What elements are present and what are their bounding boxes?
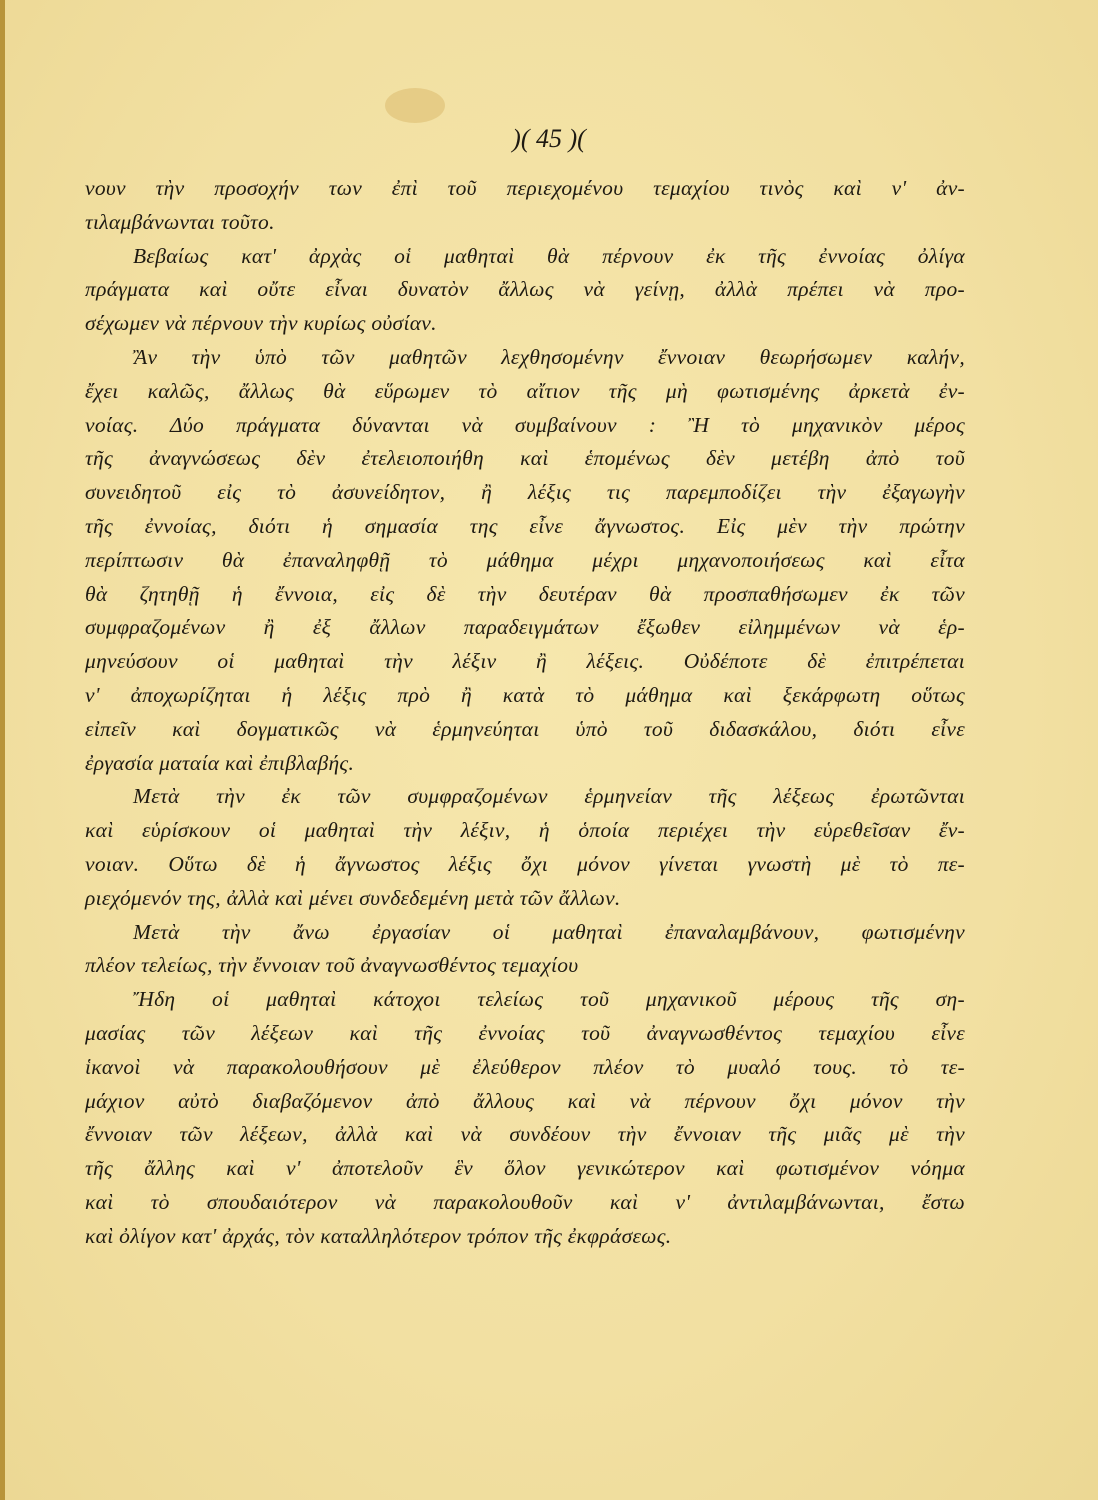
page-number: )( 45 )(	[0, 124, 1098, 154]
text-line: πράγματα καὶ οὔτε εἶναι δυνατὸν ἄλλως νὰ…	[85, 273, 965, 307]
text-line: ἔχει καλῶς, ἄλλως θὰ εὕρωμεν τὸ αἴτιον τ…	[85, 375, 965, 409]
text-line: Ἤδη οἱ μαθηταὶ κάτοχοι τελείως τοῦ μηχαν…	[85, 983, 965, 1017]
text-line: περίπτωσιν θὰ ἐπαναληφθῇ τὸ μάθημα μέχρι…	[85, 544, 965, 578]
text-line: Ἂν τὴν ὑπὸ τῶν μαθητῶν λεχθησομένην ἔννο…	[85, 341, 965, 375]
text-line: μασίας τῶν λέξεων καὶ τῆς ἐννοίας τοῦ ἀν…	[85, 1017, 965, 1051]
text-line: ἱκανοὶ νὰ παρακολουθήσουν μὲ ἐλεύθερον π…	[85, 1051, 965, 1085]
page-edge	[0, 0, 5, 1500]
text-line: Μετὰ τὴν ἐκ τῶν συμφραζομένων ἑρμηνείαν …	[85, 780, 965, 814]
text-line: μηνεύσουν οἱ μαθηταὶ τὴν λέξιν ἢ λέξεις.…	[85, 645, 965, 679]
text-line: εἰπεῖν καὶ δογματικῶς νὰ ἑρμηνεύηται ὑπὸ…	[85, 713, 965, 747]
text-line: τῆς ἐννοίας, διότι ἡ σημασία της εἶνε ἄγ…	[85, 510, 965, 544]
text-line: συμφραζομένων ἢ ἐξ ἄλλων παραδειγμάτων ἔ…	[85, 611, 965, 645]
text-line: μάχιον αὐτὸ διαβαζόμενον ἀπὸ ἄλλους καὶ …	[85, 1085, 965, 1119]
text-line: καὶ ὀλίγον κατ' ἀρχάς, τὸν καταλληλότερο…	[85, 1220, 965, 1254]
text-line: νουν τὴν προσοχήν των ἐπὶ τοῦ περιεχομέν…	[85, 172, 965, 206]
scanned-page: )( 45 )( νουν τὴν προσοχήν των ἐπὶ τοῦ π…	[0, 0, 1098, 1500]
paper-stain	[385, 88, 445, 123]
text-line: συνειδητοῦ εἰς τὸ ἀσυνείδητον, ἢ λέξις τ…	[85, 476, 965, 510]
text-line: τιλαμβάνωνται τοῦτο.	[85, 206, 965, 240]
text-line: Μετὰ τὴν ἄνω ἐργασίαν οἱ μαθηταὶ ἐπαναλα…	[85, 916, 965, 950]
text-line: καὶ εὑρίσκουν οἱ μαθηταὶ τὴν λέξιν, ἡ ὁπ…	[85, 814, 965, 848]
text-line: Βεβαίως κατ' ἀρχὰς οἱ μαθηταὶ θὰ πέρνουν…	[85, 240, 965, 274]
text-line: πλέον τελείως, τὴν ἔννοιαν τοῦ ἀναγνωσθέ…	[85, 949, 965, 983]
body-text: νουν τὴν προσοχήν των ἐπὶ τοῦ περιεχομέν…	[85, 172, 965, 1254]
text-line: ριεχόμενόν της, ἀλλὰ καὶ μένει συνδεδεμέ…	[85, 882, 965, 916]
text-line: ἔννοιαν τῶν λέξεων, ἀλλὰ καὶ νὰ συνδέουν…	[85, 1118, 965, 1152]
text-line: νοίας. Δύο πράγματα δύνανται νὰ συμβαίνο…	[85, 409, 965, 443]
text-line: ἐργασία ματαία καὶ ἐπιβλαβής.	[85, 747, 965, 781]
text-line: τῆς ἀναγνώσεως δὲν ἐτελειοποιήθη καὶ ἑπο…	[85, 442, 965, 476]
text-line: καὶ τὸ σπουδαιότερον νὰ παρακολουθοῦν κα…	[85, 1186, 965, 1220]
text-line: θὰ ζητηθῇ ἡ ἔννοια, εἰς δὲ τὴν δευτέραν …	[85, 578, 965, 612]
text-line: σέχωμεν νὰ πέρνουν τὴν κυρίως οὐσίαν.	[85, 307, 965, 341]
text-line: ν' ἀποχωρίζηται ἡ λέξις πρὸ ἢ κατὰ τὸ μά…	[85, 679, 965, 713]
text-line: τῆς ἄλλης καὶ ν' ἀποτελοῦν ἓν ὅλον γενικ…	[85, 1152, 965, 1186]
text-line: νοιαν. Οὕτω δὲ ἡ ἄγνωστος λέξις ὄχι μόνο…	[85, 848, 965, 882]
